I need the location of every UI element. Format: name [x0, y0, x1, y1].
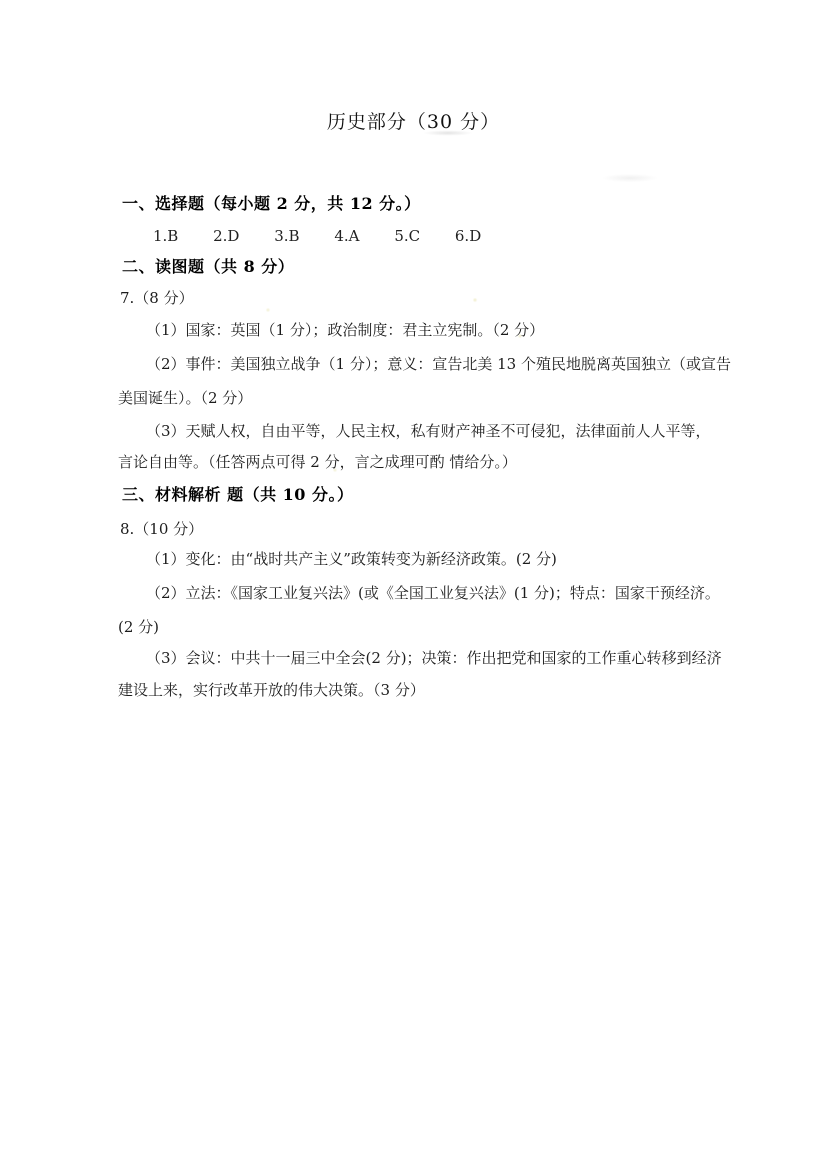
q8-answer-line-3: (2 分): [118, 619, 159, 636]
answer-item-2: 2.D: [213, 228, 239, 245]
section-1-heading: 一、选择题（每小题 2 分，共 12 分。）: [122, 195, 421, 213]
q8-answer-line-2: （2）立法：《国家工业复兴法》(或《全国工业复兴法》(1 分)；特点：国家干预经…: [146, 585, 720, 602]
q7-answer-line-4: （3）天赋人权，自由平等，人民主权，私有财产神圣不可侵犯，法律面前人人平等，: [146, 423, 711, 440]
section-2-heading: 二、读图题（共 8 分）: [122, 258, 294, 276]
page-title: 历史部分（30 分）: [0, 107, 827, 134]
answer-item-1: 1.B: [153, 228, 178, 245]
q8-answer-line-1: （1）变化：由“战时共产主义”政策转变为新经济政策。(2 分): [146, 551, 557, 568]
answer-item-5: 5.C: [394, 228, 420, 245]
document-page: 历史部分（30 分） 一、选择题（每小题 2 分，共 12 分。） 1.B 2.…: [0, 0, 827, 1169]
question-8-number: 8.（10 分）: [120, 521, 203, 538]
q7-answer-line-3: 美国诞生）。（2 分）: [118, 390, 252, 407]
q7-answer-line-5: 言论自由等。（任答两点可得 2 分，言之成理可酌 情给分。）: [118, 454, 517, 471]
answer-item-4: 4.A: [334, 228, 359, 245]
q8-answer-line-5: 建设上来，实行改革开放的伟大决策。（3 分）: [118, 682, 425, 699]
q8-answer-line-4: （3）会议：中共十一届三中全会(2 分)；决策：作出把党和国家的工作重心转移到经…: [146, 650, 722, 667]
q7-answer-line-1: （1）国家：英国（1 分）；政治制度：君主立宪制。（2 分）: [146, 322, 544, 339]
answer-item-3: 3.B: [274, 228, 299, 245]
q7-answer-line-2: （2）事件：美国独立战争（1 分）；意义：宣告北美 13 个殖民地脱离英国独立（…: [146, 356, 731, 373]
multiple-choice-answers-row: 1.B 2.D 3.B 4.A 5.C 6.D: [153, 228, 481, 245]
question-7-number: 7.（8 分）: [120, 290, 194, 307]
section-3-heading: 三、材料解析 题（共 10 分。）: [122, 486, 353, 504]
answer-item-6: 6.D: [455, 228, 481, 245]
